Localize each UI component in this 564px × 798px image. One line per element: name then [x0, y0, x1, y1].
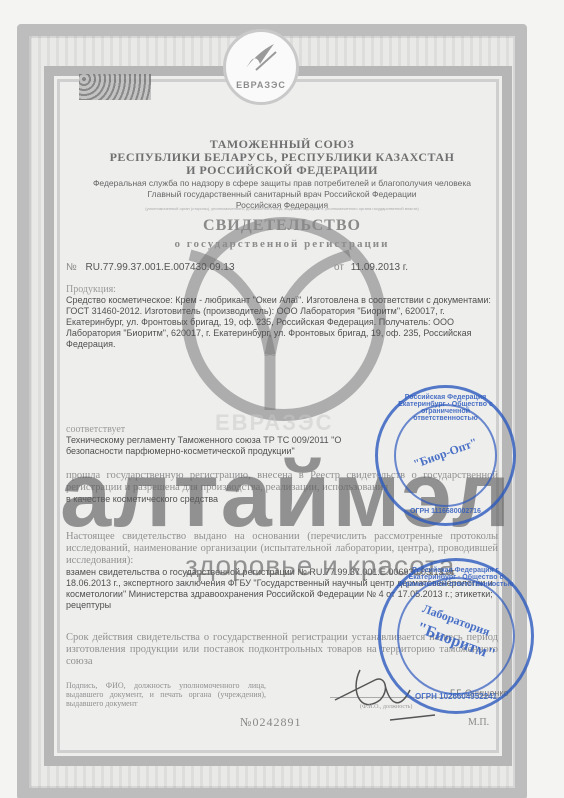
stamp-2-bottom-text: ОГРН 1026604952241 — [381, 692, 531, 701]
stamp-bior-opt: Российская Федерация Екатеринбург · Обще… — [375, 385, 516, 526]
product-section: Продукция: Средство косметическое: Крем … — [66, 284, 498, 350]
document-subtitle: о государственной регистрации — [66, 238, 498, 250]
registration-date-row: от 11.09.2013 г. — [334, 262, 408, 273]
eurasec-bird-icon — [242, 42, 278, 72]
signature-caption-block: Подпись, ФИО, должность уполномоченного … — [66, 681, 266, 708]
header-official: Главный государственный санитарный врач … — [66, 189, 498, 200]
header-union: ТАМОЖЕННЫЙ СОЮЗ РЕСПУБЛИКИ БЕЛАРУСЬ, РЕС… — [66, 138, 498, 177]
header-line-3: И РОССИЙСКОЙ ФЕДЕРАЦИИ — [66, 164, 498, 177]
signature-caption: Подпись, ФИО, должность уполномоченного … — [66, 681, 266, 708]
registration-row: № RU.77.99.37.001.E.007430.09.13 от 11.0… — [66, 262, 498, 273]
certificate-serial: №0242891 — [240, 715, 301, 730]
header-agency: Федеральная служба по надзору в сфере за… — [66, 178, 498, 189]
stamp-1-bottom-text: ОГРН 1116680002716 — [378, 508, 513, 515]
seal-place-label: М.П. — [468, 717, 489, 728]
eurasec-emblem: ЕВРАЗЭС — [223, 29, 299, 105]
date-prefix: от — [334, 262, 344, 273]
header-tiny-caption: (уполномоченный орган (стороны), уполном… — [66, 206, 498, 211]
stamp-bioritm: Российская Федерация г. Екатеринбург · О… — [378, 558, 534, 714]
registration-number: RU.77.99.37.001.E.007430.09.13 — [86, 262, 235, 273]
registration-date: 11.09.2013 г. — [351, 262, 408, 273]
hologram-sticker — [79, 74, 151, 100]
stamp-1-outer-text: Российская Федерация Екатеринбург · Обще… — [378, 394, 513, 422]
product-label: Продукция: — [66, 284, 498, 295]
number-symbol: № — [66, 262, 77, 273]
emblem-label: ЕВРАЗЭС — [226, 80, 296, 90]
product-text: Средство косметическое: Крем - любрикант… — [66, 295, 498, 350]
stamp-2-outer-text: Российская Федерация г. Екатеринбург · О… — [381, 567, 531, 588]
document-title: СВИДЕТЕЛЬСТВО — [66, 217, 498, 235]
fio-caption: (Ф.И.О., должность) — [360, 704, 412, 710]
